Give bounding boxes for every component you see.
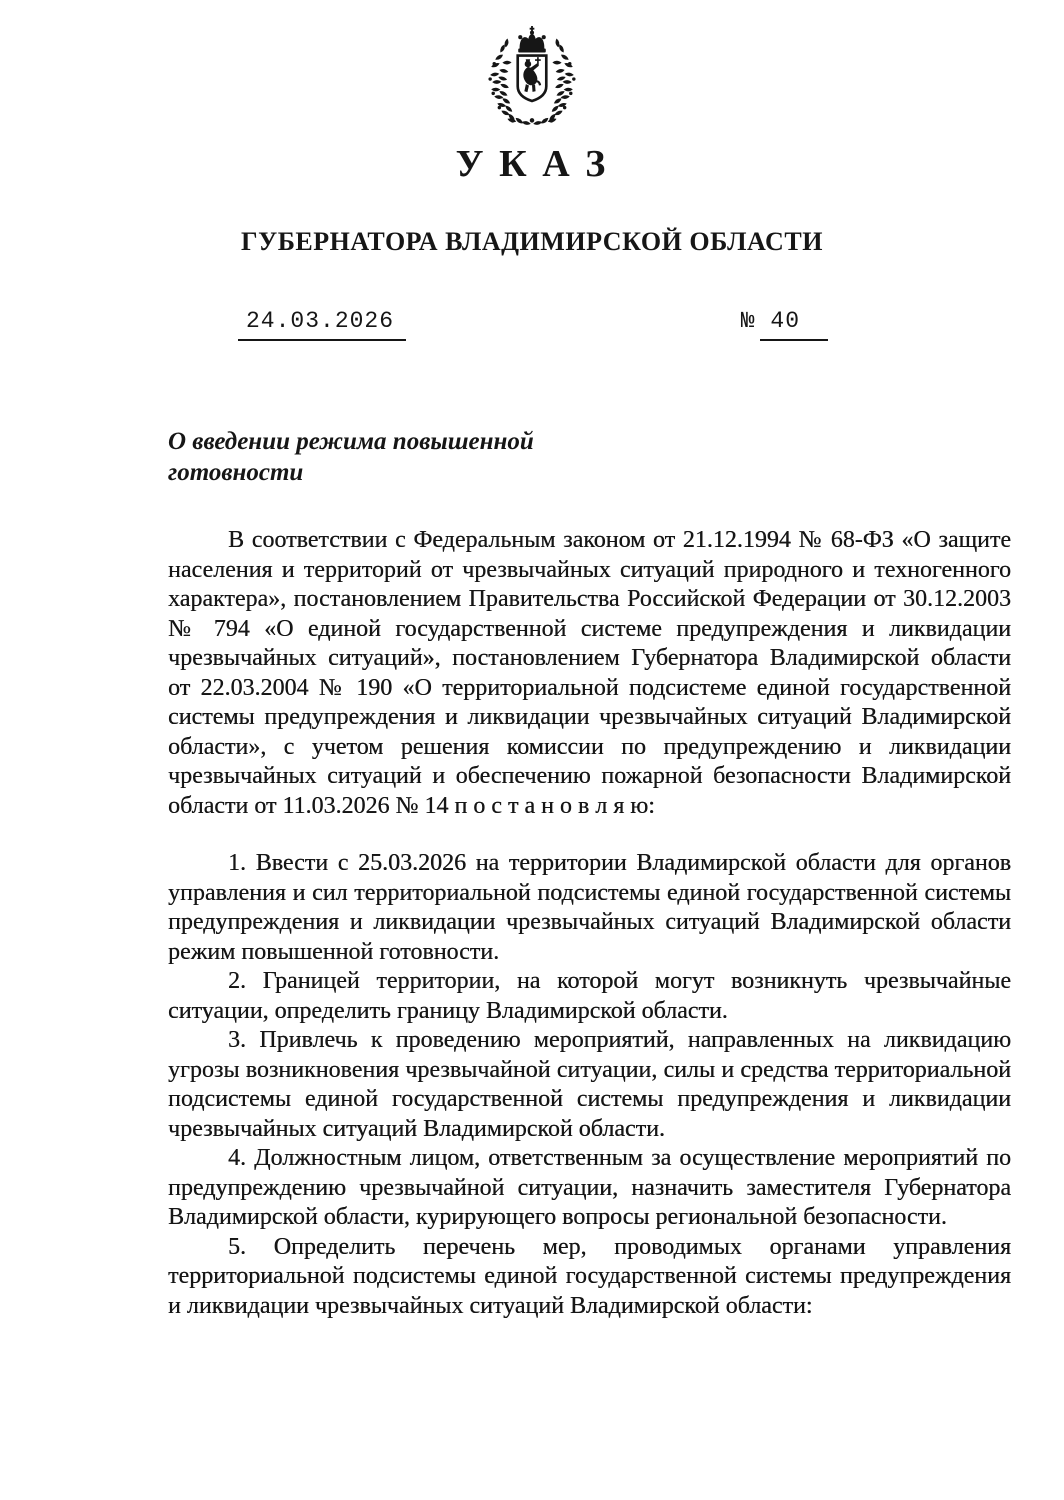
decree-item-3: 3. Привлечь к проведению мероприятий, на…	[168, 1026, 1011, 1144]
decree-item-2: 2. Границей территории, на которой могут…	[168, 967, 1011, 1026]
number-value: 40	[760, 308, 828, 341]
doc-type-title: У К А З	[0, 142, 1064, 186]
subject-line: О введении режима повышенной готовности	[168, 426, 608, 488]
vladimir-oblast-coat-of-arms-icon	[486, 26, 578, 126]
number-sign: №	[741, 308, 761, 334]
decree-item-4: 4. Должностным лицом, ответственным за о…	[168, 1144, 1011, 1233]
decree-item-5: 5. Определить перечень мер, проводимых о…	[168, 1233, 1011, 1322]
decree-item-1: 1. Ввести с 25.03.2026 на территории Вла…	[168, 849, 1011, 967]
decree-body: В соответствии с Федеральным законом от …	[168, 526, 1011, 1321]
date-field: 24.03.2026	[238, 308, 406, 341]
decree-page: У К А З ГУБЕРНАТОРА ВЛАДИМИРСКОЙ ОБЛАСТИ…	[0, 0, 1064, 1500]
intro-paragraph: В соответствии с Федеральным законом от …	[168, 526, 1011, 821]
number-field: № 40	[741, 308, 828, 341]
date-number-row: 24.03.2026 № 40	[238, 308, 828, 341]
authority-title: ГУБЕРНАТОРА ВЛАДИМИРСКОЙ ОБЛАСТИ	[0, 227, 1064, 257]
